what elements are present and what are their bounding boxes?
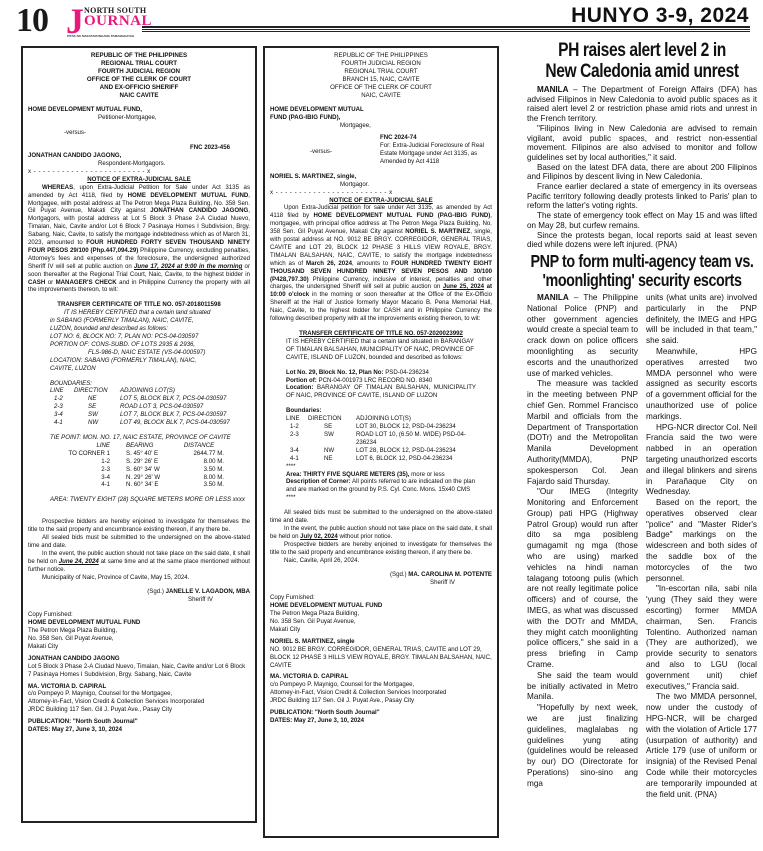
para-bids: All sealed bids must be submitted to the… — [28, 534, 250, 550]
respondent-role: Respondent-Mortgagors. — [28, 160, 250, 168]
cf-address: NO. 9012 BE BRGY. CORREGIDOR, GENERAL TR… — [270, 646, 492, 670]
para-bidders: Prospective bidders are hereby enjoined … — [270, 541, 492, 557]
cf-address: Attorney-in-Fact, Vision Credit & Collec… — [270, 689, 492, 697]
article-body: MANILA – The Philippine National Police … — [527, 293, 757, 800]
headline: PH raises alert level 2 in New Caledonia… — [531, 40, 752, 82]
table-row: 1-2SELOT 30, BLOCK 12, PSD-04-236234 — [286, 423, 466, 431]
publication: PUBLICATION: "North South Journal" — [270, 709, 492, 717]
table-row: 3-4NWLOT 28, BLOCK 12, PSD-04-236234 — [286, 447, 466, 455]
page-number: 10 — [16, 6, 48, 36]
header-line: NAIC, CAVITE — [270, 92, 492, 100]
header-line: OFFICE OF THE CLERK OF COURT — [270, 84, 492, 92]
header-line: REPUBLIC OF THE PHILIPPINES — [270, 52, 492, 60]
petitioner-role: Mortgagee, — [270, 122, 492, 130]
signatory: (Sgd.) MA. CAROLINA M. POTENTE — [270, 571, 492, 579]
legal-notice-middle: REPUBLIC OF THE PHILIPPINES FOURTH JUDIC… — [263, 46, 499, 838]
cf-address: The Petron Mega Plaza Building, — [28, 627, 250, 635]
header-line: FOURTH JUDICIAL REGION — [270, 60, 492, 68]
issue-date: HUNYO 3-9, 2024 — [571, 4, 749, 28]
separator: x - - - - - - - - - - - - - - - - - - - … — [270, 189, 492, 197]
cf-address: Makati City — [28, 643, 250, 651]
article-column-1: MANILA – The Philippine National Police … — [527, 293, 638, 800]
table-row: 3-4SWLOT 7, BLOCK BLK 7, PCS-04-030597 — [50, 411, 230, 419]
publication-dates: DATES: May 27, June 3, 10, 2024 — [270, 717, 492, 725]
tie-point: TIE POINT: MON. NO. 17, NAIC ESTATE, PRO… — [50, 434, 250, 442]
table-row: 2-3S. 60° 34' W3.50 M. — [50, 466, 224, 474]
header-line: BRANCH 15, NAIC, CAVITE — [270, 76, 492, 84]
cf-address: The Petron Mega Plaza Building, — [270, 610, 492, 618]
publication-dates: DATES: May 27, June 3, 10, 2024 — [28, 726, 250, 734]
respondent: JONATHAN CANDIDO JAGONG, — [28, 152, 250, 160]
case-number: FNC 2024-74 — [380, 134, 492, 142]
header-line: OFFICE OF THE CLERK OF COURT — [28, 76, 250, 84]
para-bids: All sealed bids must be submitted to the… — [270, 509, 492, 525]
para-event: In the event, the public auction should … — [270, 525, 492, 541]
cf-address: No. 358 Sen. Gil Puyat Avenue, — [28, 635, 250, 643]
cf-address: No. 358 Sen. Gil Puyat Avenue, — [270, 618, 492, 626]
masthead-rule-middle — [142, 29, 750, 30]
cf-address: c/o Pompeyo P. Maynigo, Counsel for the … — [28, 690, 250, 698]
cf-address: JRDC Building 117 Sen. Gil J. Puyat Ave.… — [28, 706, 250, 714]
para-place: Naic, Cavite, April 26, 2024. — [270, 557, 492, 565]
cf-name: HOME DEVELOPMENT MUTUAL FUND — [28, 619, 250, 627]
bearing-table: LINE BEARING DISTANCE TO CORNER 1S. 45° … — [50, 442, 224, 489]
notice-body: Upon Extra-Judicial petition for sale un… — [270, 204, 492, 323]
article-body: MANILA – The Department of Foreign Affai… — [527, 85, 757, 250]
tct-description: IT IS HEREBY CERTIFIED that a certain la… — [270, 338, 492, 502]
cf-address: JRDC Building 117 Sen. Gil J. Puyat Ave.… — [270, 697, 492, 705]
notice-title: NOTICE OF EXTRA-JUDICIAL SALE — [28, 176, 250, 184]
table-row: 1-2NELOT 5, BLOCK BLK 7, PCS-04-030597 — [50, 395, 230, 403]
cf-address: c/o Pompeyo P. Maynigo, Counsel for the … — [270, 681, 492, 689]
publication: PUBLICATION: "North South Journal" — [28, 718, 250, 726]
court-header: REPUBLIC OF THE PHILIPPINES REGIONAL TRI… — [28, 52, 250, 99]
case-description: For: Extra-Judicial Foreclosure of Real … — [380, 142, 492, 166]
boundaries-table: LINE DIRECTION ADJOINING LOT(S) 1-2SELOT… — [286, 415, 466, 462]
table-row: 3-4N. 29° 26' W8.00 M. — [50, 474, 224, 482]
cf-address: Attorney-in-Fact, Vision Credit & Collec… — [28, 698, 250, 706]
copy-furnished-label: Copy Furnished: — [270, 594, 492, 602]
masthead: 10 J NORTH SOUTH OURNAL PITAK NG MAKATAR… — [0, 0, 763, 40]
header-line: REGIONAL TRIAL COURT — [270, 68, 492, 76]
headline: PNP to form multi-agency team vs. 'moonl… — [527, 252, 757, 290]
legal-notice-left: REPUBLIC OF THE PHILIPPINES REGIONAL TRI… — [21, 46, 257, 823]
court-header: REPUBLIC OF THE PHILIPPINES FOURTH JUDIC… — [270, 52, 492, 99]
petitioner: HOME DEVELOPMENT MUTUAL FUND, — [28, 106, 250, 114]
area: AREA: TWENTY EIGHT (28) SQUARE METERS MO… — [50, 496, 250, 504]
cf-address: Lot 5 Block 3 Phase 2-A Ciudad Nuevo, Ti… — [28, 663, 250, 679]
signatory: (Sgd.) JANELLE V. LAGADON, MBA — [28, 588, 250, 596]
header-line: NAIC CAVITE — [28, 92, 250, 100]
tct-title: TRANSFER CERTIFICATE OF TITLE NO. 057-20… — [28, 301, 250, 309]
case-number: FNC 2023-456 — [28, 144, 250, 152]
petitioner-role: Petitioner-Mortgagee, — [28, 114, 250, 122]
petitioner: HOME DEVELOPMENT MUTUAL FUND (PAG-IBIG F… — [270, 106, 380, 122]
signatory-title: Sheriff IV — [28, 596, 250, 604]
cf-name: NORIEL S. MARTINEZ, single — [270, 638, 492, 646]
notice-title: NOTICE OF EXTRA-JUDICIAL SALE — [270, 197, 492, 205]
notice-body: WHEREAS, upon Extra-Judicial Petition fo… — [28, 184, 250, 295]
versus: -versus- — [270, 134, 380, 166]
news-column: PH raises alert level 2 in New Caledonia… — [527, 40, 757, 800]
para-place: Municipality of Naic, Province of Cavite… — [28, 574, 250, 582]
table-row: 4-1NELOT 6, BLOCK 12, PSD-04-236234 — [286, 455, 466, 463]
case-info: -versus- FNC 2024-74 For: Extra-Judicial… — [270, 134, 492, 166]
header-line: AND EX-OFFICIO SHERIFF — [28, 84, 250, 92]
separator: x - - - - - - - - - - - - - - - - - - - … — [28, 168, 250, 176]
logo-tagline: PITAK NG MAKATARUNGANG PAMAMAHAYAG — [67, 34, 134, 38]
article-alert-level: PH raises alert level 2 in New Caledonia… — [527, 40, 757, 250]
table-row: 1-2S. 29° 26' E8.00 M. — [50, 458, 224, 466]
signatory-title: Sheriff IV — [270, 579, 492, 587]
table-row: 4-1NWLOT 49, BLOCK BLK 7, PCS-04-030597 — [50, 419, 230, 427]
table-row: TO CORNER 1S. 45° 40' E2644.77 M. — [50, 450, 224, 458]
versus: -versus- — [28, 129, 250, 137]
header-line: FOURTH JUDICIAL REGION — [28, 68, 250, 76]
tct-title: TRANSFER CERTIFICATE OF TITLE NO. 057-20… — [270, 330, 492, 338]
header-line: REGIONAL TRIAL COURT — [28, 60, 250, 68]
article-pnp-escorts: PNP to form multi-agency team vs. 'moonl… — [527, 252, 757, 800]
respondent-role: Mortgagor. — [270, 181, 492, 189]
para-event: In the event, the public auction should … — [28, 550, 250, 574]
table-row: 2-3SEROAD LOT 3, PCS-04-030597 — [50, 403, 230, 411]
boundaries-table: LINE DIRECTION ADJOINING LOT(S) 1-2NELOT… — [50, 387, 230, 427]
table-row: 2-3SWROAD LOT 10, (6.50 M. WIDE) PSD-04-… — [286, 431, 466, 447]
tct-description: IT IS HEREBY CERTIFIED that a certain la… — [28, 309, 250, 504]
cf-name: MA. VICTORIA D. CAPIRAL — [270, 673, 492, 681]
cf-name: HOME DEVELOPMENT MUTUAL FUND — [270, 602, 492, 610]
article-column-2: units (what units are) involved particul… — [646, 293, 757, 800]
cf-name: JONATHAN CANDIDO JAGONG — [28, 655, 250, 663]
header-line: REPUBLIC OF THE PHILIPPINES — [28, 52, 250, 60]
table-row: 4-1N. 60° 34' E3.50 M. — [50, 481, 224, 489]
cf-address: Makati City — [270, 626, 492, 634]
para-bidders: Prospective bidders are hereby enjoined … — [28, 518, 250, 534]
cf-name: MA. VICTORIA D. CAPIRAL — [28, 683, 250, 691]
copy-furnished-label: Copy Furnished: — [28, 611, 250, 619]
respondent: NORIEL S. MARTINEZ, single, — [270, 173, 492, 181]
